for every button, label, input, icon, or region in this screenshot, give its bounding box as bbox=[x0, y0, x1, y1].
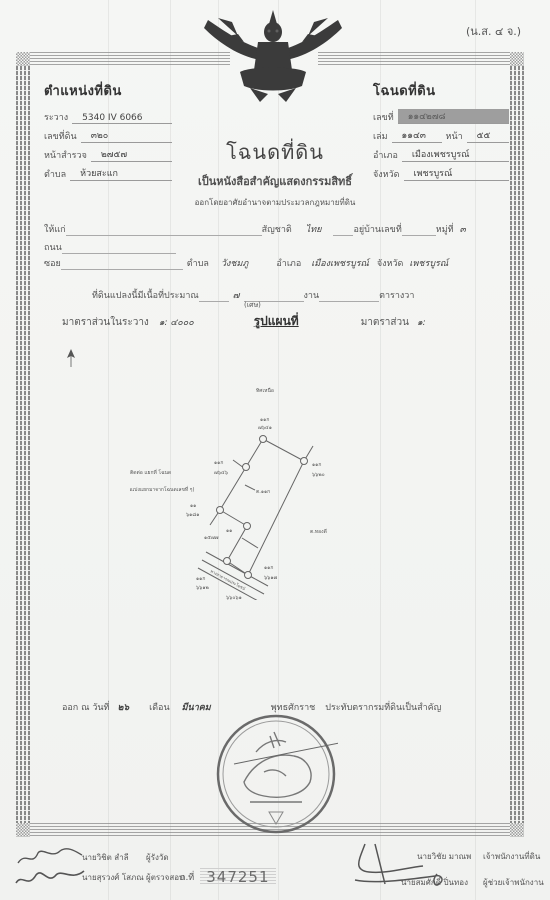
map-point-label: ๑๑ก bbox=[196, 576, 205, 582]
seal-note: ประทับตรากรมที่ดินเป็นสำคัญ bbox=[325, 700, 441, 714]
main-title: โฉนดที่ดิน bbox=[180, 136, 370, 168]
field-value: ๓๒๐ bbox=[81, 128, 172, 143]
deed-info-block: โฉนดที่ดิน เลขที่ ๑๑๔๒๗๘ เล่ม ๑๑๔๓ หน้า … bbox=[373, 80, 509, 181]
map-point-number: ๖๖๑๗ bbox=[264, 575, 278, 581]
field-label: อำเภอ bbox=[373, 148, 398, 162]
field-value: ๕๕ bbox=[467, 128, 509, 143]
house-number-line bbox=[402, 235, 436, 236]
land-title-deed: (น.ส. ๔ จ.) ตำแหน่งที่ดิน ระวาง 5340 IV … bbox=[0, 0, 550, 900]
nationality-label: สัญชาติ bbox=[262, 222, 292, 236]
field-rawang: ระวาง 5340 IV 6066 bbox=[44, 105, 172, 124]
address-row: ซอย ตำบล วังชมภู อำเภอ เมืองเพชรบูรณ์ จั… bbox=[44, 256, 514, 270]
road-row: ถนน bbox=[44, 240, 184, 254]
field-label: ระวาง bbox=[44, 110, 68, 124]
map-point-number: ๖๖๑๒ bbox=[196, 585, 209, 591]
official-seal-icon bbox=[214, 712, 338, 836]
changwat-value: เพชรบูรณ์ bbox=[409, 256, 448, 270]
map-point-label: ๑๑ก bbox=[214, 460, 223, 466]
map-point-number: ๗๖๔๖ bbox=[214, 470, 228, 476]
field-label: เลขที่ดิน bbox=[44, 129, 77, 143]
scale-right-value: ๑: bbox=[417, 315, 426, 329]
left-signer-role-1: ผู้รังวัด bbox=[146, 851, 169, 864]
field-amphoe: อำเภอ เมืองเพชรบูรณ์ bbox=[373, 143, 509, 162]
date-day: ๒๖ bbox=[117, 700, 129, 714]
north-arrow-icon bbox=[64, 348, 78, 368]
land-location-title: ตำแหน่งที่ดิน bbox=[44, 80, 172, 101]
area-note: (เศษ) bbox=[244, 300, 261, 311]
border-corner bbox=[510, 823, 524, 837]
scale-row: มาตราส่วนในระวาง ๑: ๔๐๐๐ รูปแผนที่ มาตรา… bbox=[62, 312, 492, 331]
left-signer-role-2: ผู้ตรวจสอบ bbox=[146, 871, 184, 884]
area-label: ที่ดินแปลงนี้มีเนื้อที่ประมาณ bbox=[92, 288, 199, 302]
map-title: รูปแผนที่ bbox=[254, 312, 299, 331]
garuda-emblem-icon bbox=[198, 6, 348, 104]
map-label-east: ต.ทองดี bbox=[310, 528, 327, 535]
owner-name-line bbox=[66, 235, 262, 236]
owner-label: ให้แก่ bbox=[44, 222, 66, 236]
map-center-label: ต.๑๑ก bbox=[256, 489, 270, 495]
form-code: (น.ส. ๔ จ.) bbox=[466, 22, 521, 40]
area-rai-value: ๗ bbox=[233, 288, 240, 302]
tambon-label: ตำบล bbox=[187, 256, 209, 270]
map-adjacent-note: (ที่ดินเดียวกันแบ่งแยกมาจากโฉนดเลขที่ ๆ) bbox=[130, 486, 194, 493]
road-label: ถนน bbox=[44, 240, 62, 254]
rule bbox=[199, 301, 229, 302]
deed-info-title: โฉนดที่ดิน bbox=[373, 80, 509, 101]
border-corner bbox=[510, 52, 524, 66]
right-signatures: นายวิชัย มาณพ เจ้าพนักงานที่ดิน นายสมศัก… bbox=[345, 840, 545, 895]
map-point-number: ๗๖๔๑ bbox=[258, 425, 272, 431]
right-signer-role-2: ผู้ช่วยเจ้าพนักงาน bbox=[483, 876, 544, 889]
land-plot-map: ทิศเหนือ ๑๑ก ๗๖๔๑ ๑๑ก ๖๖๒๐ ๑๑ก ๗๖๔๖ ๑๑ ๖… bbox=[130, 350, 380, 600]
field-value: 5340 IV 6066 bbox=[72, 113, 172, 124]
land-location-block: ตำแหน่งที่ดิน ระวาง 5340 IV 6066 เลขที่ด… bbox=[44, 80, 172, 181]
field-deed-number: เลขที่ ๑๑๔๒๗๘ bbox=[373, 105, 509, 124]
map-point-label: ๑๑ bbox=[190, 503, 196, 509]
map-point-label: ๑๑ก bbox=[264, 565, 273, 571]
rule bbox=[319, 301, 379, 302]
border-corner bbox=[16, 52, 30, 66]
amphoe-value: เมืองเพชรบูรณ์ bbox=[311, 256, 369, 270]
field-value: ๑๑๔๓ bbox=[392, 128, 442, 143]
moo-value: ๓ bbox=[460, 222, 466, 236]
field-label: เล่ม bbox=[373, 129, 388, 143]
road-line bbox=[62, 253, 176, 254]
field-label: ตำบล bbox=[44, 167, 66, 181]
map-point-label: ๑๑ bbox=[226, 528, 232, 534]
scale-left-label: มาตราส่วนในระวาง bbox=[62, 315, 149, 330]
field-changwat: จังหวัด เพชรบูรณ์ bbox=[373, 162, 509, 181]
border-right bbox=[510, 66, 524, 823]
border-left bbox=[16, 66, 30, 823]
right-signer-name-1: นายวิชัย มาณพ bbox=[417, 850, 471, 863]
map-label-north: ทิศเหนือ bbox=[256, 387, 274, 394]
map-point-number: ๖๖๒๐ bbox=[312, 472, 325, 478]
field-label: เลขที่ bbox=[373, 110, 394, 124]
field-land-number: เลขที่ดิน ๓๒๐ bbox=[44, 124, 172, 143]
deed-number-value: ๑๑๔๒๗๘ bbox=[398, 109, 509, 124]
right-signer-name-2: นายสมศักดิ์ ปิ่นทอง bbox=[401, 876, 468, 889]
field-value: ๒๗๕๗ bbox=[91, 147, 172, 162]
map-road-label: ทางสาธารณประโยชน์ bbox=[210, 568, 247, 591]
changwat-label: จังหวัด bbox=[377, 256, 404, 270]
map-point-number: ๖๖๐๖๑ bbox=[226, 595, 242, 600]
right-signer-role-1: เจ้าพนักงานที่ดิน bbox=[483, 850, 540, 863]
month-label: เดือน bbox=[149, 700, 169, 714]
map-point-label: ๑๑ก bbox=[260, 417, 269, 423]
soi-label: ซอย bbox=[44, 256, 61, 270]
area-row: ที่ดินแปลงนี้มีเนื้อที่ประมาณ ๗ งาน ตารา… bbox=[92, 288, 472, 302]
left-signer-name-2: นายสุรวงศ์ โสภณ bbox=[82, 871, 144, 884]
house-number-label: อยู่บ้านเลขที่ bbox=[353, 222, 401, 236]
title-block: โฉนดที่ดิน เป็นหนังสือสำคัญแสดงกรรมสิทธิ… bbox=[180, 136, 370, 209]
field-tambon: ตำบล ห้วยสะแก bbox=[44, 162, 172, 181]
map-point-number: ๑๕๗๗ bbox=[204, 535, 219, 541]
soi-line bbox=[61, 269, 183, 270]
field-volume: เล่ม ๑๑๔๓ หน้า ๕๕ bbox=[373, 124, 509, 143]
amphoe-label: อำเภอ bbox=[276, 256, 301, 270]
rule bbox=[333, 235, 353, 236]
serial-number-block: ก.ที่ 347251 bbox=[180, 868, 276, 886]
owner-row: ให้แก่ สัญชาติ ไทย อยู่บ้านเลขที่ หมู่ที… bbox=[44, 222, 504, 236]
scale-left-value: ๑: ๔๐๐๐ bbox=[159, 315, 194, 329]
serial-prefix: ก.ที่ bbox=[180, 870, 194, 884]
ngan-label: งาน bbox=[304, 288, 320, 302]
signature-mark bbox=[12, 845, 92, 893]
border-corner bbox=[16, 823, 30, 837]
nationality-value: ไทย bbox=[306, 222, 322, 236]
date-label: ออก ณ วันที่ bbox=[62, 700, 109, 714]
field-label: หน้า bbox=[446, 129, 463, 143]
tambon-value: วังชมภู bbox=[221, 256, 248, 270]
field-survey-page: หน้าสำรวจ ๒๗๕๗ bbox=[44, 143, 172, 162]
map-point-label: ๑๑ก bbox=[312, 462, 321, 468]
wa-label: ตารางวา bbox=[379, 288, 414, 302]
date-month: มีนาคม bbox=[182, 700, 211, 714]
serial-number: 347251 bbox=[200, 868, 275, 886]
field-label: จังหวัด bbox=[373, 167, 400, 181]
field-label: หน้าสำรวจ bbox=[44, 148, 87, 162]
field-value: เมืองเพชรบูรณ์ bbox=[402, 147, 509, 162]
field-value: เพชรบูรณ์ bbox=[404, 166, 510, 181]
left-signer-name-1: นายวิชิต สำลี bbox=[82, 851, 129, 864]
field-value: ห้วยสะแก bbox=[70, 166, 172, 181]
legal-basis: ออกโดยอาศัยอำนาจตามประมวลกฎหมายที่ดิน bbox=[180, 196, 370, 209]
subtitle: เป็นหนังสือสำคัญแสดงกรรมสิทธิ์ bbox=[180, 172, 370, 190]
scale-right-label: มาตราส่วน bbox=[361, 315, 409, 330]
moo-label: หมู่ที่ bbox=[436, 222, 454, 236]
map-adjacent-note: ติดต่อ แยกที่ โฉนด bbox=[130, 469, 171, 476]
map-point-number: ๖๑๘๑ bbox=[186, 512, 199, 518]
